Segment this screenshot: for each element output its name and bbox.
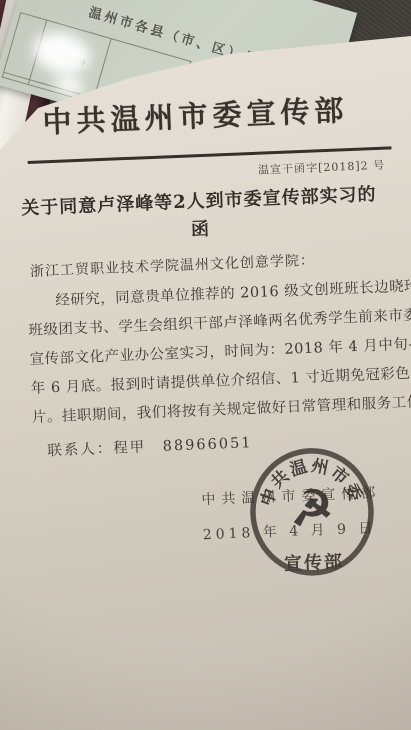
official-stamp: 中共温州市委 ☭ 宣传部 <box>231 430 393 596</box>
contact-line: 联系人：程甲 88966051 <box>47 431 253 460</box>
photo-scene: 温州市各县（市、区）分 分管领导 中共温州市委宣传部 温宣干函字[2018]2 … <box>0 0 411 730</box>
letterhead-title: 中共温州市委宣传部 <box>0 86 402 143</box>
letter-content: 中共温州市委宣传部 温宣干函字[2018]2 号 关于同意卢泽峰等2人到市委宣传… <box>0 0 411 730</box>
salutation: 浙江工贸职业技术学院温州文化创意学院： <box>30 250 316 281</box>
party-emblem-icon: ☭ <box>289 480 334 538</box>
reference-number: 温宣干函字[2018]2 号 <box>258 157 386 178</box>
stamp-bottom-text: 宣传部 <box>284 551 345 575</box>
